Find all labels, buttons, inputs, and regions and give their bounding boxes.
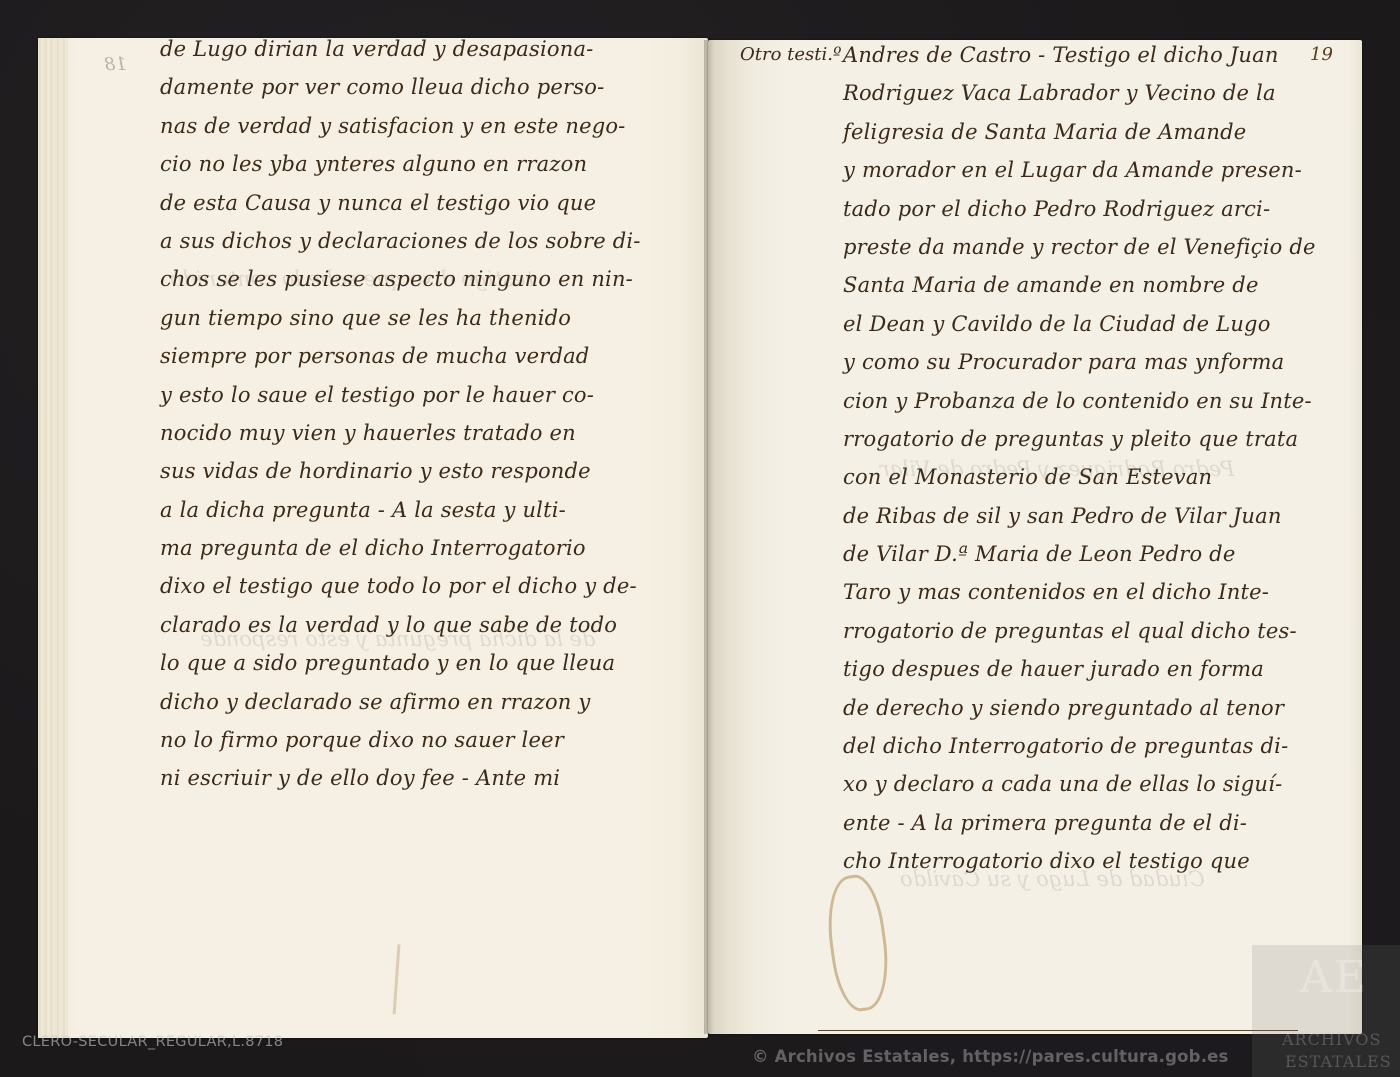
manuscript-line: siempre por personas de mucha verdad [160, 337, 660, 375]
margin-note-otro-testigo: Otro testi.º [740, 36, 841, 74]
manuscript-line: lo que a sido preguntado y en lo que lle… [160, 644, 660, 682]
manuscript-line: tado por el dicho Pedro Rodriguez arci- [843, 190, 1303, 228]
closing-rule-line [818, 1030, 1298, 1031]
manuscript-line: tigo despues de hauer jurado en forma [843, 650, 1303, 688]
manuscript-line: dixo el testigo que todo lo por el dicho… [160, 567, 660, 605]
manuscript-line: Taro y mas contenidos en el dicho Inte- [843, 573, 1303, 611]
manuscript-line: chos se les pusiese aspecto ninguno en n… [160, 260, 660, 298]
manuscript-line: rrogatorio de preguntas el qual dicho te… [843, 612, 1303, 650]
manuscript-line: del dicho Interrogatorio de preguntas di… [843, 727, 1303, 765]
manuscript-line: de Vilar D.ª Maria de Leon Pedro de [843, 535, 1303, 573]
rubric-flourish-bleed [393, 944, 421, 1015]
manuscript-line: nas de verdad y satisfacion y en este ne… [160, 107, 660, 145]
manuscript-line: sus vidas de hordinario y esto responde [160, 452, 660, 490]
left-page-edge-stack [38, 38, 68, 1038]
manuscript-line: ma pregunta de el dicho Interrogatorio [160, 529, 660, 567]
manuscript-line: rrogatorio de preguntas y pleito que tra… [843, 420, 1303, 458]
manuscript-line: a sus dichos y declaraciones de los sobr… [160, 222, 660, 260]
manuscript-line: y morador en el Lugar da Amande presen- [843, 151, 1303, 189]
manuscript-line: y como su Procurador para mas ynforma [843, 343, 1303, 381]
manuscript-line: de Ribas de sil y san Pedro de Vilar Jua… [843, 497, 1303, 535]
book-gutter [704, 40, 714, 1034]
archive-logo-initials: AE [1300, 952, 1368, 1003]
manuscript-line: ente - A la primera pregunta de el di- [843, 804, 1303, 842]
manuscript-line: nocido muy vien y hauerles tratado en [160, 414, 660, 452]
right-folio-number: 19 [1310, 44, 1333, 65]
left-page-text: de Lugo dirian la verdad y desapasiona- … [160, 30, 660, 798]
manuscript-line: clarado es la verdad y lo que sabe de to… [160, 606, 660, 644]
manuscript-line: y esto lo saue el testigo por le hauer c… [160, 376, 660, 414]
manuscript-line: feligresia de Santa Maria de Amande [843, 113, 1303, 151]
manuscript-line: damente por ver como lleua dicho perso- [160, 68, 660, 106]
manuscript-line: Andres de Castro - Testigo el dicho Juan [843, 36, 1303, 74]
left-folio-number: 18 [104, 54, 127, 75]
copyright-watermark: © Archivos Estatales, https://pares.cult… [752, 1047, 1229, 1066]
manuscript-line: gun tiempo sino que se les ha thenido [160, 299, 660, 337]
manuscript-line: Rodriguez Vaca Labrador y Vecino de la [843, 74, 1303, 112]
manuscript-line: Santa Maria de amande en nombre de [843, 266, 1303, 304]
archive-logo-line2: ESTATALES [1285, 1052, 1392, 1071]
manuscript-line: de esta Causa y nunca el testigo vio que [160, 184, 660, 222]
manuscript-line: a la dicha pregunta - A la sesta y ulti- [160, 491, 660, 529]
archive-logo-line1: ARCHIVOS [1282, 1030, 1381, 1049]
manuscript-line: con el Monasterio de San Estevan [843, 458, 1303, 496]
manuscript-line: cho Interrogatorio dixo el testigo que [843, 842, 1303, 880]
manuscript-line: cio no les yba ynteres alguno en rrazon [160, 145, 660, 183]
manuscript-line: preste da mande y rector de el Venefiçio… [843, 228, 1303, 266]
signature-reference-watermark: CLERO-SECULAR_REGULAR,L.8718 [22, 1034, 283, 1050]
manuscript-line: dicho y declarado se afirmo en rrazon y [160, 683, 660, 721]
right-page-text: Andres de Castro - Testigo el dicho Juan… [843, 36, 1303, 881]
manuscript-line: el Dean y Cavildo de la Ciudad de Lugo [843, 305, 1303, 343]
manuscript-line: de Lugo dirian la verdad y desapasiona- [160, 30, 660, 68]
manuscript-line: xo y declaro a cada una de ellas lo sigu… [843, 765, 1303, 803]
manuscript-line: cion y Probanza de lo contenido en su In… [843, 382, 1303, 420]
manuscript-line: no lo firmo porque dixo no sauer leer [160, 721, 660, 759]
manuscript-line: de derecho y siendo preguntado al tenor [843, 689, 1303, 727]
manuscript-line: ni escriuir y de ello doy fee - Ante mi [160, 759, 660, 797]
